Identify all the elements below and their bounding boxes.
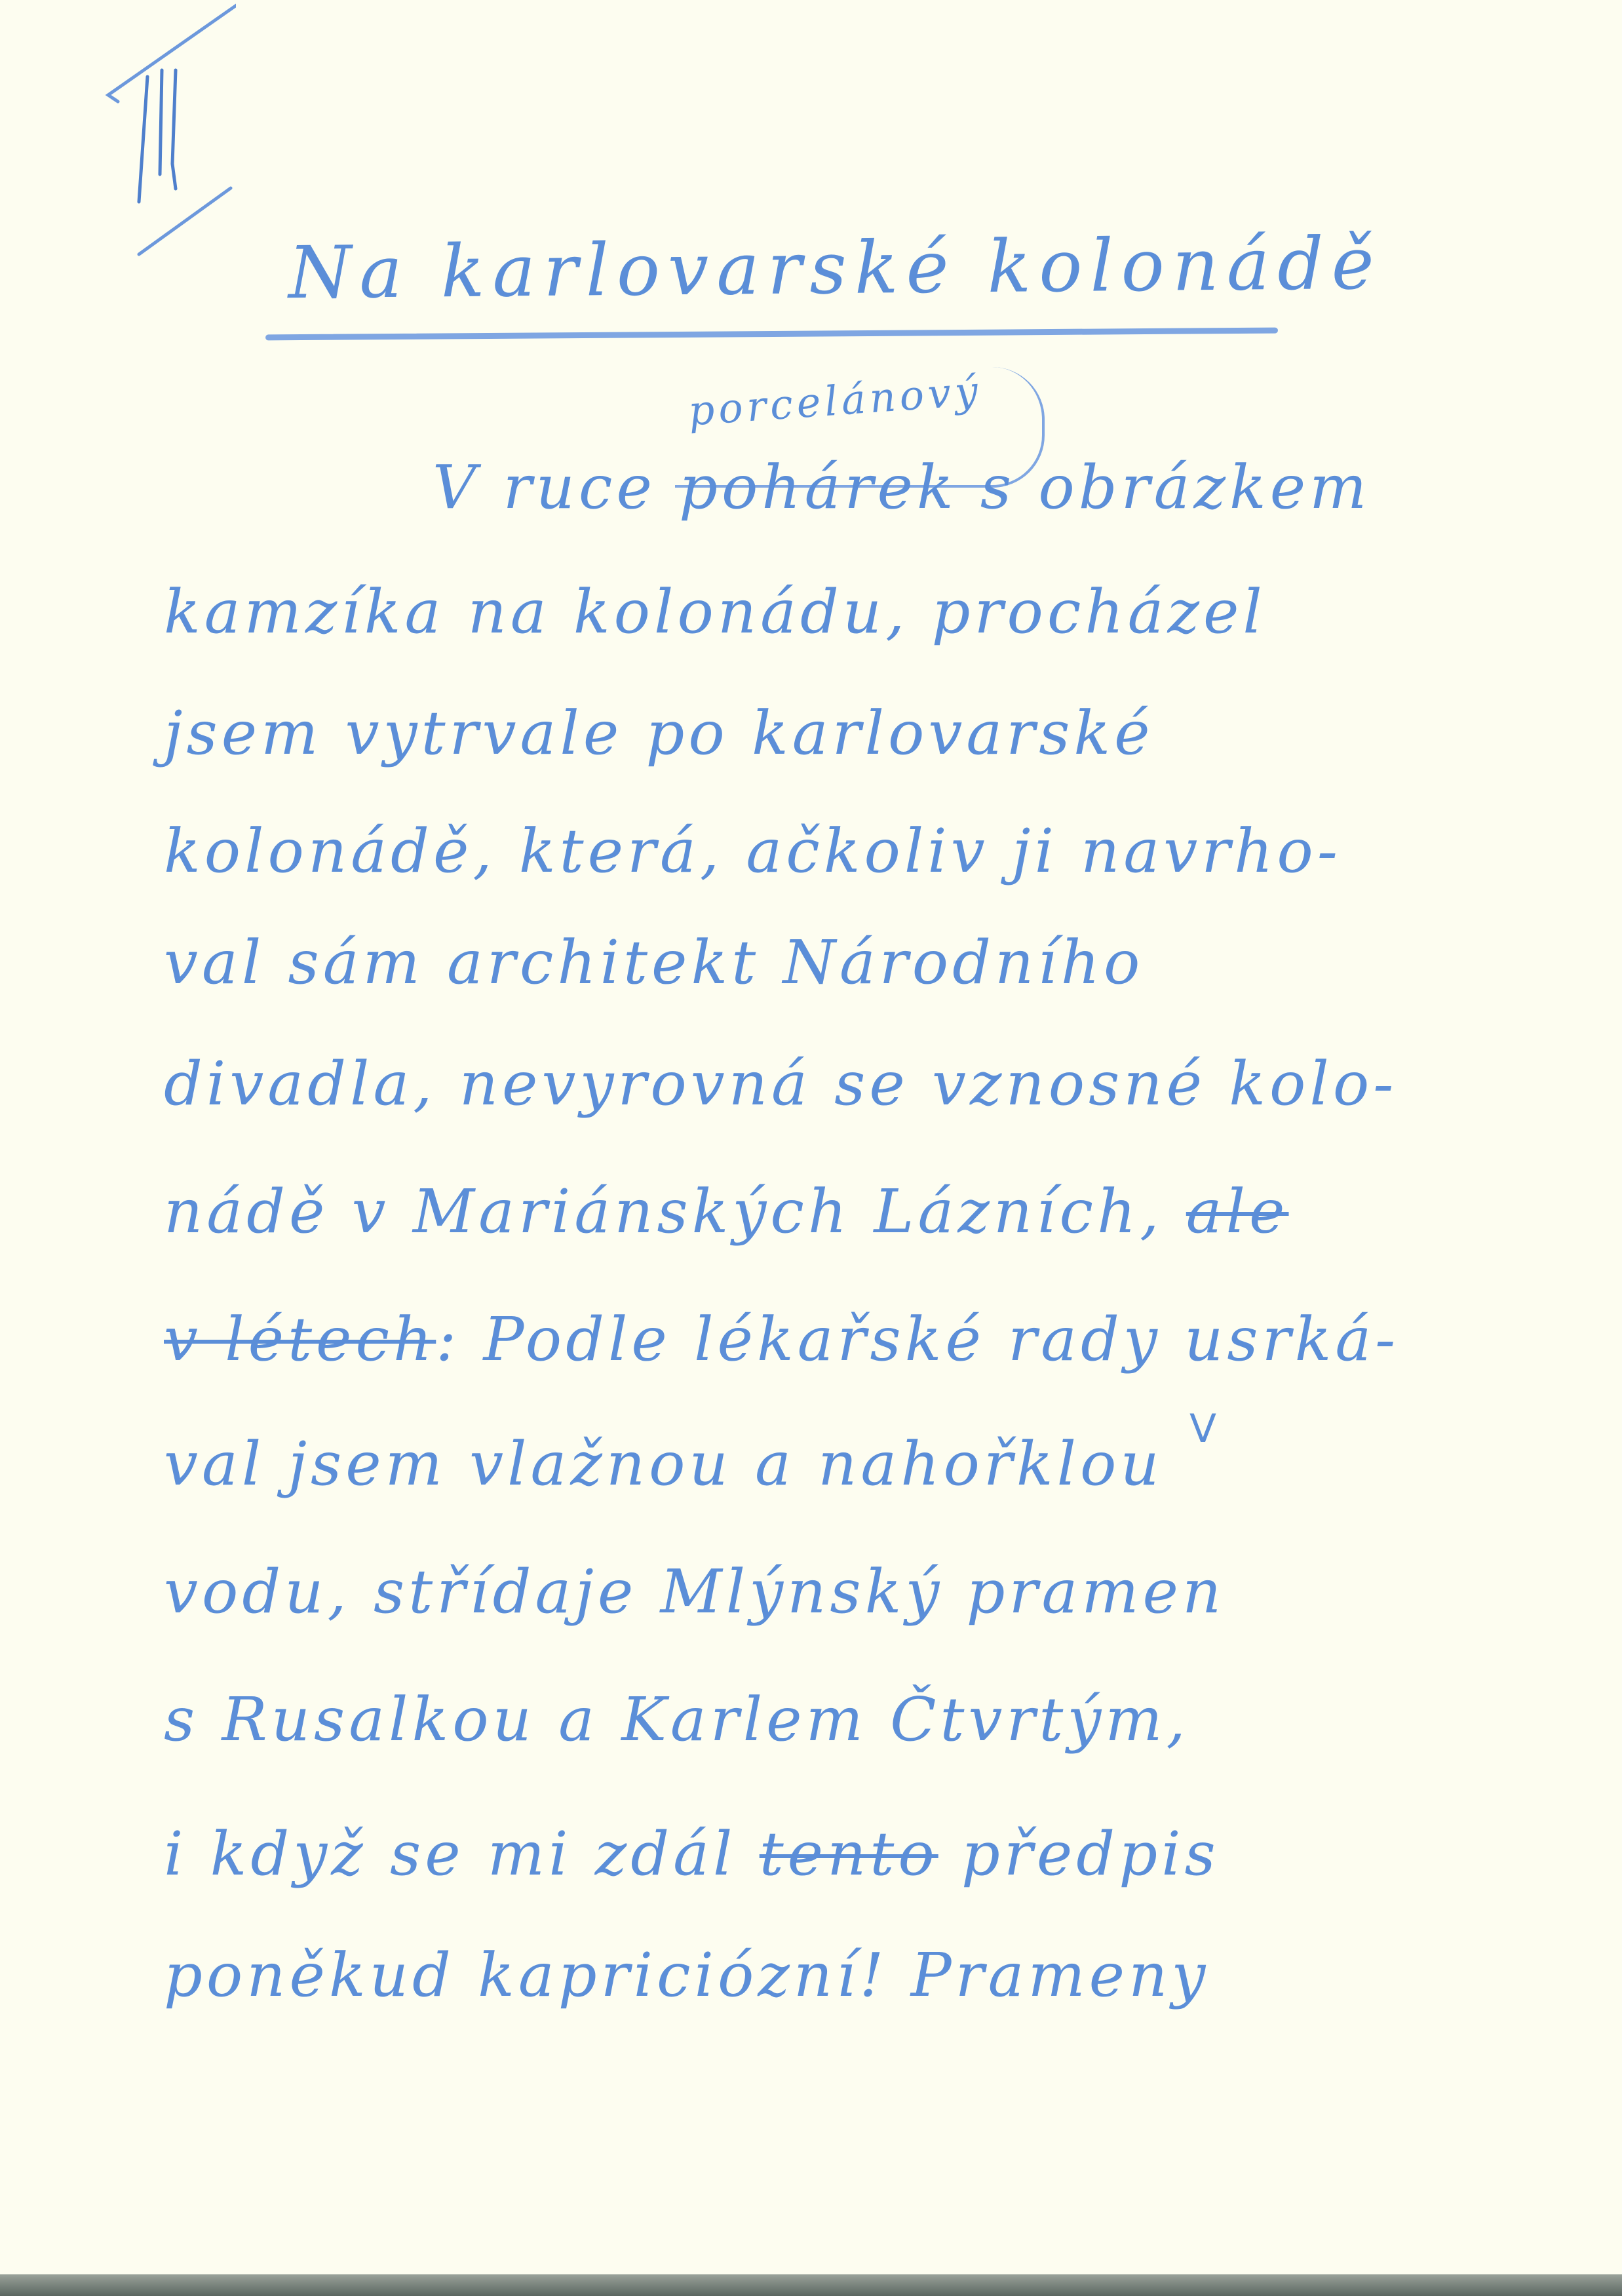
struck-word: tento — [760, 1819, 938, 1889]
text-line-13: poněkud kapriciózní! Prameny — [164, 1940, 1209, 2010]
scan-edge-shadow — [0, 2274, 1622, 2296]
line-text: i když se mi zdál — [164, 1819, 736, 1889]
line-text: : Podle lékařské rady usrká- — [436, 1304, 1399, 1374]
text-line-10: vodu, střídaje Mlýnský pramen — [164, 1557, 1225, 1627]
struck-word: ale — [1186, 1177, 1289, 1247]
struck-word: v létech — [164, 1304, 436, 1374]
text-line-1: V ruce pohárek s obrázkem — [433, 452, 1370, 522]
text-line-7: nádě v Mariánských Lázních, ale — [164, 1177, 1289, 1247]
text-line-8: v létech: Podle lékařské rady usrká- — [164, 1304, 1399, 1374]
text-line-12: i když se mi zdál tento předpis — [164, 1819, 1220, 1889]
page-title: Na karlovarské kolonádě — [288, 222, 1382, 315]
text-line-2: kamzíka na kolonádu, procházel — [164, 577, 1266, 647]
text-line-6: divadla, nevyrovná se vznosné kolo- — [164, 1049, 1397, 1119]
text-line-3: jsem vytrvale po karlovarské — [164, 698, 1154, 768]
column-glyph-icon — [85, 0, 236, 262]
line-text: nádě v Mariánských Lázních, — [164, 1177, 1163, 1247]
text-line-4: kolonádě, která, ačkoliv ji navrho- — [164, 816, 1342, 886]
line-text: předpis — [961, 1819, 1220, 1889]
text-line-11: s Rusalkou a Karlem Čtvrtým, — [164, 1684, 1189, 1755]
title-underline — [265, 328, 1278, 341]
manuscript-page: Na karlovarské kolonádě porcelánový V ru… — [0, 0, 1622, 2274]
text-line-9: val jsem vlažnou a nahořklou — [164, 1429, 1163, 1499]
insertion-caret: V — [1189, 1406, 1216, 1452]
text-line-5: val sám architekt Národního — [164, 927, 1144, 998]
